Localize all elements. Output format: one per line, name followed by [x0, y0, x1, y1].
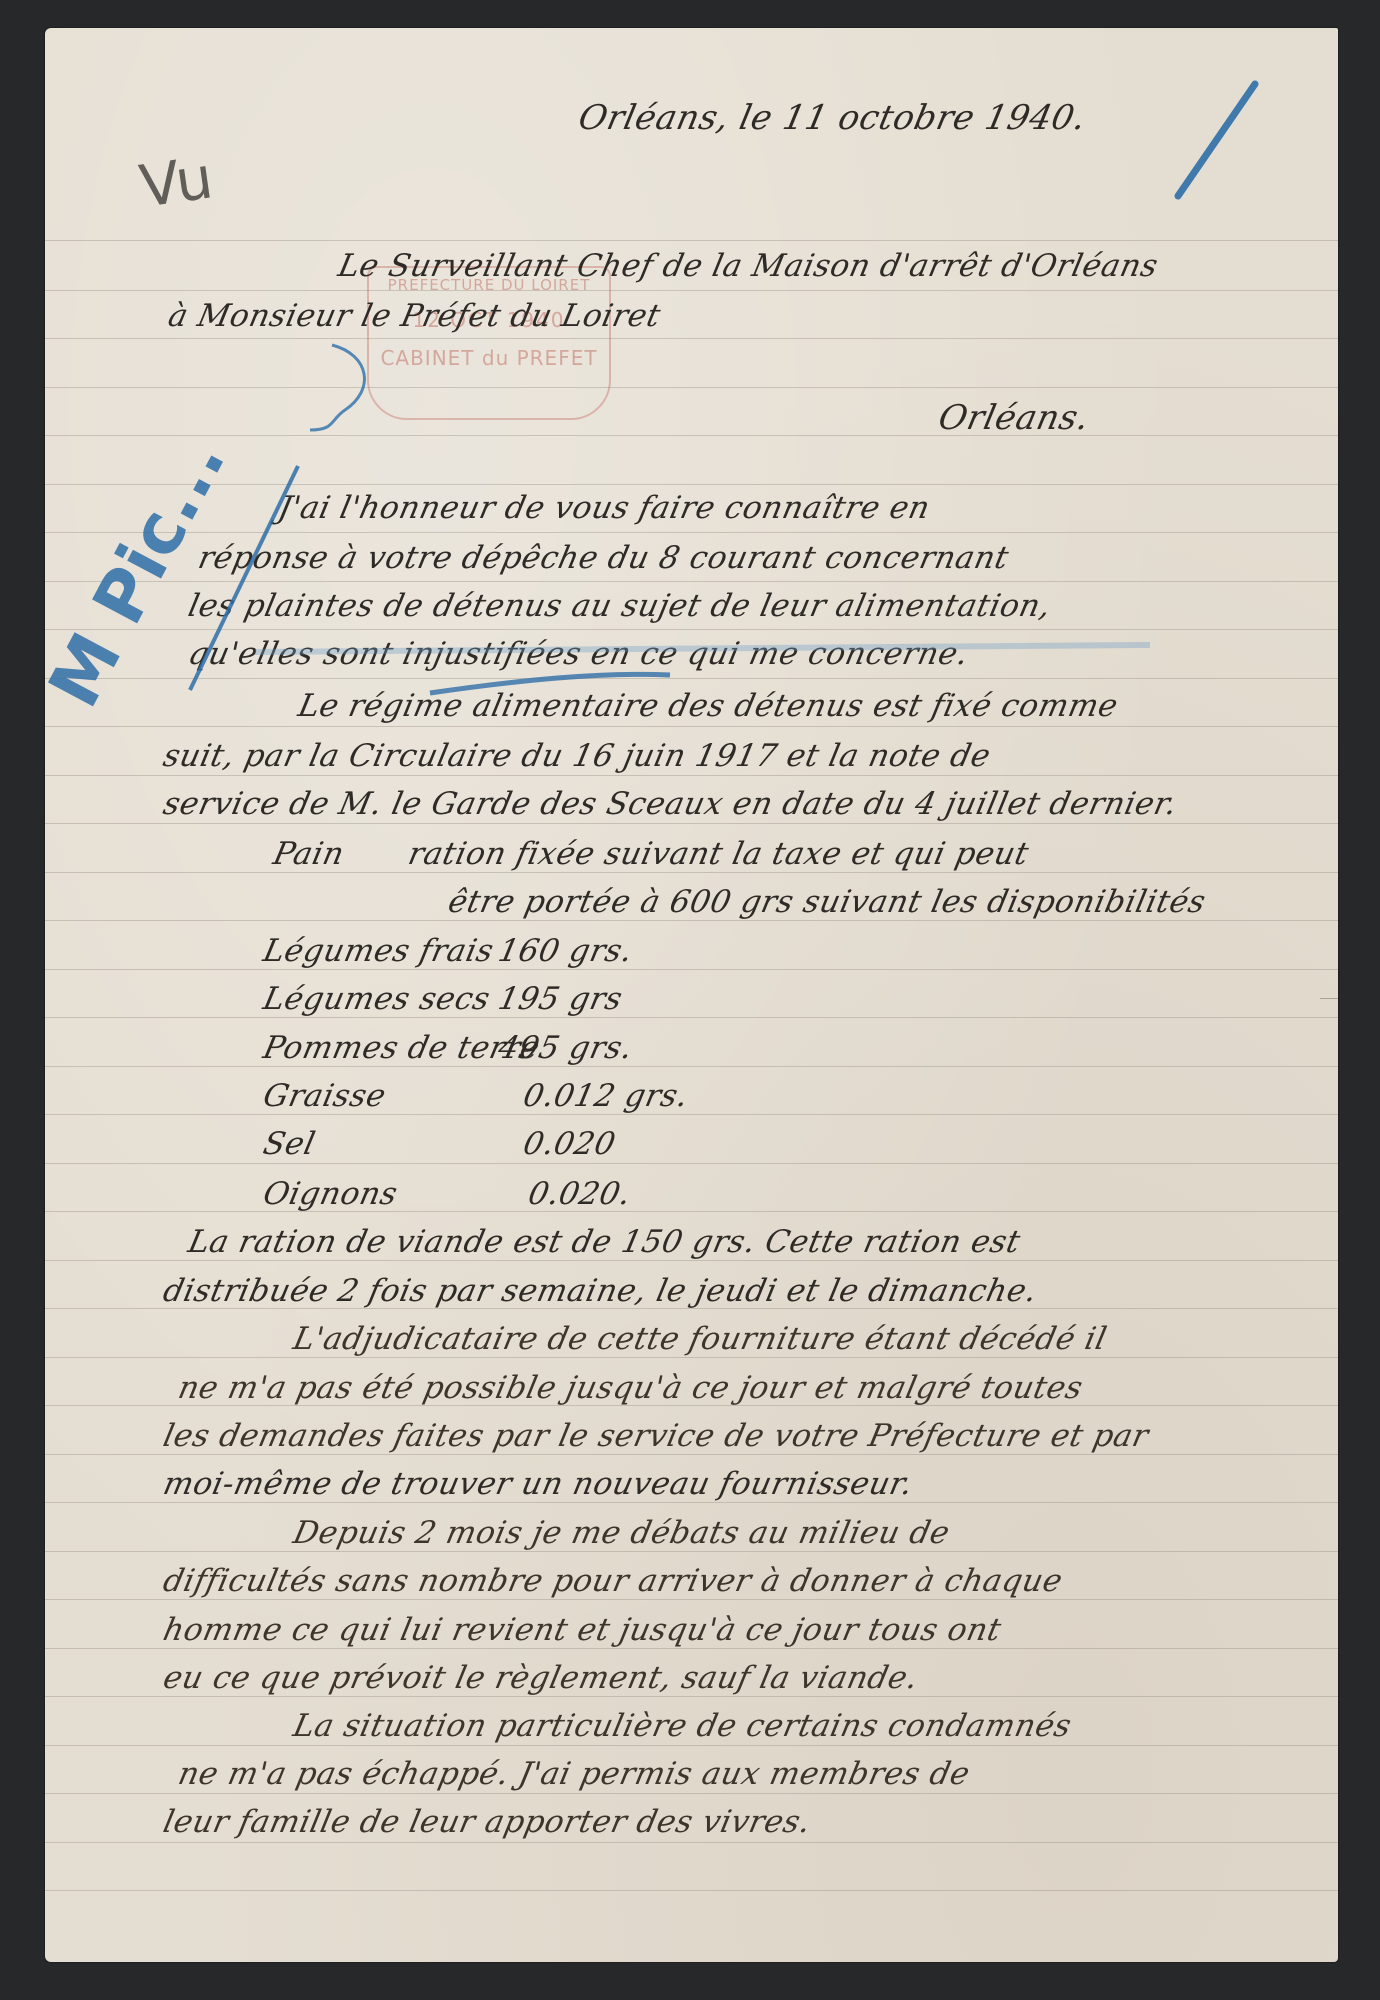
stamp-line-3: CABINET du PREFET: [369, 346, 609, 370]
ruled-line: [45, 920, 1338, 921]
ruled-line: [45, 969, 1338, 970]
bread-label: Pain: [270, 836, 347, 872]
ruled-line: [45, 1551, 1338, 1552]
ruled-line: [45, 872, 1338, 873]
recipient-city: Orléans.: [935, 398, 1093, 438]
body-line: Le régime alimentaire des détenus est fi…: [295, 688, 1121, 724]
ration-qty: 0.020.: [525, 1176, 634, 1212]
body-line: ne m'a pas été possible jusqu'à ce jour …: [175, 1370, 1086, 1406]
body-line: moi-même de trouver un nouveau fournisse…: [160, 1466, 916, 1502]
page-fold-mark: [1320, 998, 1338, 999]
ruled-line: [45, 1502, 1338, 1503]
ration-item: Oignons: [260, 1176, 401, 1212]
body-line: service de M. le Garde des Sceaux en dat…: [160, 786, 1180, 822]
prefecture-stamp: PREFECTURE DU LOIRET 12 OCT 1940 CABINET…: [367, 266, 611, 420]
body-line: distribuée 2 fois par semaine, le jeudi …: [160, 1273, 1040, 1309]
body-line: les plaintes de détenus au sujet de leur…: [185, 588, 1054, 624]
body-line: qu'elles sont injustifiées en ce qui me …: [185, 636, 972, 672]
body-line: les demandes faites par le service de vo…: [160, 1418, 1152, 1454]
body-line: La situation particulière de certains co…: [290, 1708, 1075, 1744]
ration-item: Légumes frais: [260, 933, 497, 969]
ruled-line: [45, 532, 1338, 533]
body-line: eu ce que prévoit le règlement, sauf la …: [160, 1660, 921, 1696]
ruled-line: [45, 678, 1338, 679]
bread-text: ration fixée suivant la taxe et qui peut: [405, 836, 1032, 872]
ruled-line: [45, 1454, 1338, 1455]
body-line: ne m'a pas échappé. J'ai permis aux memb…: [175, 1756, 973, 1792]
ruled-line: [45, 290, 1338, 291]
ruled-line: [45, 1890, 1338, 1891]
ruled-line: [45, 1066, 1338, 1067]
body-line: homme ce qui lui revient et jusqu'à ce j…: [160, 1612, 1004, 1648]
ruled-line: [45, 1696, 1338, 1697]
ruled-line: [45, 726, 1338, 727]
ruled-line: [45, 823, 1338, 824]
bread-text: être portée à 600 grs suivant les dispon…: [445, 884, 1209, 920]
body-line: La ration de viande est de 150 grs. Cett…: [185, 1224, 1024, 1260]
ruled-line: [45, 1163, 1338, 1164]
body-line: L'adjudicataire de cette fourniture étan…: [290, 1321, 1110, 1357]
body-line: suit, par la Circulaire du 16 juin 1917 …: [160, 738, 994, 774]
body-line: Depuis 2 mois je me débats au milieu de: [290, 1515, 953, 1551]
ruled-line: [45, 1357, 1338, 1358]
ruled-line: [45, 387, 1338, 388]
ruled-line: [45, 1745, 1338, 1746]
ruled-line: [45, 1114, 1338, 1115]
body-line: J'ai l'honneur de vous faire connaître e…: [275, 490, 933, 526]
ruled-line: [45, 1648, 1338, 1649]
ration-qty: 495 grs.: [495, 1030, 636, 1066]
ration-qty: 0.020: [520, 1126, 619, 1162]
body-line: difficultés sans nombre pour arriver à d…: [160, 1563, 1066, 1599]
ruled-line: [45, 775, 1338, 776]
pencil-vu-mark: Vu: [136, 143, 217, 220]
ration-item: Graisse: [260, 1078, 389, 1114]
ruled-line: [45, 1599, 1338, 1600]
body-line: réponse à votre dépêche du 8 courant con…: [195, 540, 1012, 576]
ration-item: Légumes secs: [260, 981, 493, 1017]
body-line: leur famille de leur apporter des vivres…: [160, 1804, 814, 1840]
ruled-line: [45, 1842, 1338, 1843]
ruled-line: [45, 629, 1338, 630]
ruled-line: [45, 435, 1338, 436]
ruled-line: [45, 1017, 1338, 1018]
ruled-line: [45, 1211, 1338, 1212]
ruled-line: [45, 484, 1338, 485]
ruled-line: [45, 1793, 1338, 1794]
ration-qty: 0.012 grs.: [520, 1078, 692, 1114]
sender-line: Le Surveillant Chef de la Maison d'arrêt…: [335, 248, 1161, 284]
ruled-line: [45, 338, 1338, 339]
ruled-line: [45, 240, 1338, 241]
letter-page: PREFECTURE DU LOIRET 12 OCT 1940 CABINET…: [45, 28, 1338, 1962]
recipient-line: à Monsieur le Préfet du Loiret: [165, 298, 664, 334]
ration-item: Sel: [260, 1126, 319, 1162]
ration-qty: 160 grs.: [495, 933, 636, 969]
ruled-line: [45, 1260, 1338, 1261]
ration-qty: 195 grs: [495, 981, 626, 1017]
ruled-line: [45, 581, 1338, 582]
place-date: Orléans, le 11 octobre 1940.: [575, 98, 1090, 138]
